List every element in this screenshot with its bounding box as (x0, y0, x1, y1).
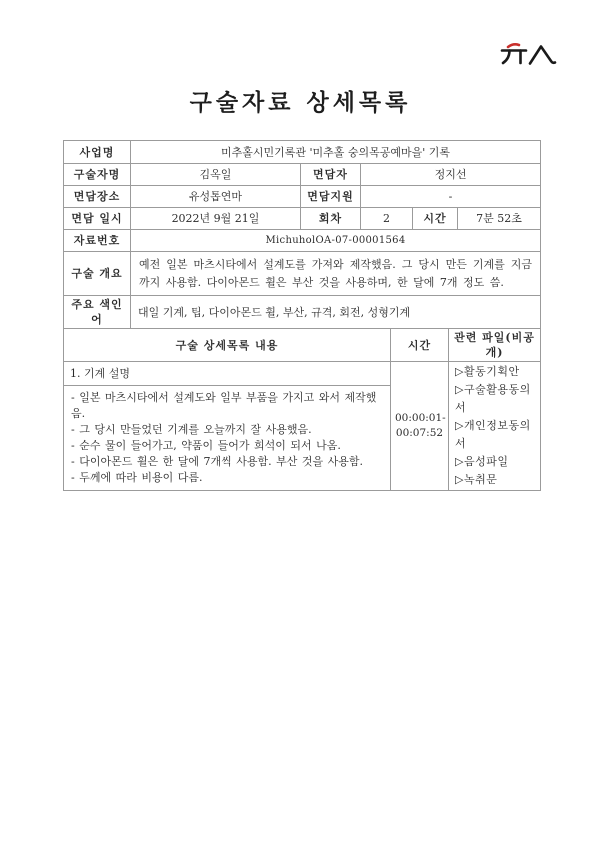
logo-caret (530, 47, 555, 64)
section-bullets: - 일본 마츠시타에서 설계도와 일부 부품을 가지고 와서 제작했음.- 그 … (64, 386, 391, 491)
file-item: ▷구술활용동의서 (455, 381, 536, 417)
time-range: 00:00:01-00:07:52 (391, 362, 449, 491)
section-title: 1. 기계 설명 (64, 362, 391, 386)
keywords-value: 대일 기계, 팁, 다이아몬드 휠, 부산, 규격, 회전, 성형기계 (131, 296, 541, 329)
file-item: ▷개인정보동의서 (455, 417, 536, 453)
tables-wrapper: 사업명 미추홀시민기록관 '미추홀 숭의목공예마을' 기록 구술자명 김옥일 면… (63, 140, 540, 491)
bullet-item: - 두께에 따라 비용이 다름. (71, 470, 384, 486)
page-title: 구술자료 상세목록 (0, 84, 601, 117)
row-keywords: 주요 색인어 대일 기계, 팁, 다이아몬드 휠, 부산, 규격, 회전, 성형… (64, 296, 541, 329)
time-header: 시간 (391, 329, 449, 362)
row-record-no: 자료번호 MichuholOA-07-00001564 (64, 230, 541, 252)
support-label: 면담지원 (301, 186, 361, 208)
row-summary: 구술 개요 예전 일본 마츠시타에서 설계도를 가져와 제작했음. 그 당시 만… (64, 252, 541, 296)
detail-table: 구술 상세목록 내용 시간 관련 파일(비공개) 1. 기계 설명 00:00:… (63, 328, 541, 491)
summary-value: 예전 일본 마츠시타에서 설계도를 가져와 제작했음. 그 당시 만든 기계를 … (131, 252, 541, 296)
section-title-row: 1. 기계 설명 00:00:01-00:07:52 ▷활동기획안▷구술활용동의… (64, 362, 541, 386)
support-value: - (361, 186, 541, 208)
file-item: ▷활동기획안 (455, 363, 536, 381)
keywords-label: 주요 색인어 (64, 296, 131, 329)
file-item: ▷녹취문 (455, 471, 536, 489)
document-page: 구술자료 상세목록 사업명 미추홀시민기록관 '미추홀 숭의목공예마을' 기록 … (0, 0, 601, 850)
date-label: 면담 일시 (64, 208, 131, 230)
michuhol-logo (500, 40, 564, 66)
bullet-item: - 순수 물이 들어가고, 약품이 들어가 희석이 되서 나옴. (71, 438, 384, 454)
bullet-item: - 그 당시 만들었던 기계를 오늘까지 잘 사용했음. (71, 422, 384, 438)
narrator-value: 김옥일 (131, 164, 301, 186)
logo-red-accent (508, 44, 519, 47)
session-value: 2 (361, 208, 413, 230)
info-table: 사업명 미추홀시민기록관 '미추홀 숭의목공예마을' 기록 구술자명 김옥일 면… (63, 140, 541, 329)
interviewer-value: 정지선 (361, 164, 541, 186)
date-value: 2022년 9월 21일 (131, 208, 301, 230)
content-header: 구술 상세목록 내용 (64, 329, 391, 362)
time-line: 00:07:52 (395, 426, 444, 441)
duration-value: 7분 52초 (458, 208, 541, 230)
row-project: 사업명 미추홀시민기록관 '미추홀 숭의목공예마을' 기록 (64, 141, 541, 164)
narrator-label: 구술자명 (64, 164, 131, 186)
place-label: 면담장소 (64, 186, 131, 208)
row-narrator: 구술자명 김옥일 면담자 정지선 (64, 164, 541, 186)
related-files: ▷활동기획안▷구술활용동의서▷개인정보동의서▷음성파일▷녹취문 (449, 362, 541, 491)
logo-left-leg (503, 51, 510, 64)
summary-label: 구술 개요 (64, 252, 131, 296)
row-date: 면담 일시 2022년 9월 21일 회차 2 시간 7분 52초 (64, 208, 541, 230)
detail-header-row: 구술 상세목록 내용 시간 관련 파일(비공개) (64, 329, 541, 362)
project-value: 미추홀시민기록관 '미추홀 숭의목공예마을' 기록 (131, 141, 541, 164)
record-no-value: MichuholOA-07-00001564 (131, 230, 541, 252)
row-place: 면담장소 유성톱연마 면담지원 - (64, 186, 541, 208)
interviewer-label: 면담자 (301, 164, 361, 186)
file-item: ▷음성파일 (455, 453, 536, 471)
bullet-item: - 다이아몬드 휠은 한 달에 7개씩 사용함. 부산 것을 사용함. (71, 454, 384, 470)
files-header: 관련 파일(비공개) (449, 329, 541, 362)
record-no-label: 자료번호 (64, 230, 131, 252)
duration-label: 시간 (413, 208, 458, 230)
session-label: 회차 (301, 208, 361, 230)
bullet-item: - 일본 마츠시타에서 설계도와 일부 부품을 가지고 와서 제작했음. (71, 390, 384, 422)
project-label: 사업명 (64, 141, 131, 164)
place-value: 유성톱연마 (131, 186, 301, 208)
time-line: 00:00:01- (395, 411, 444, 426)
